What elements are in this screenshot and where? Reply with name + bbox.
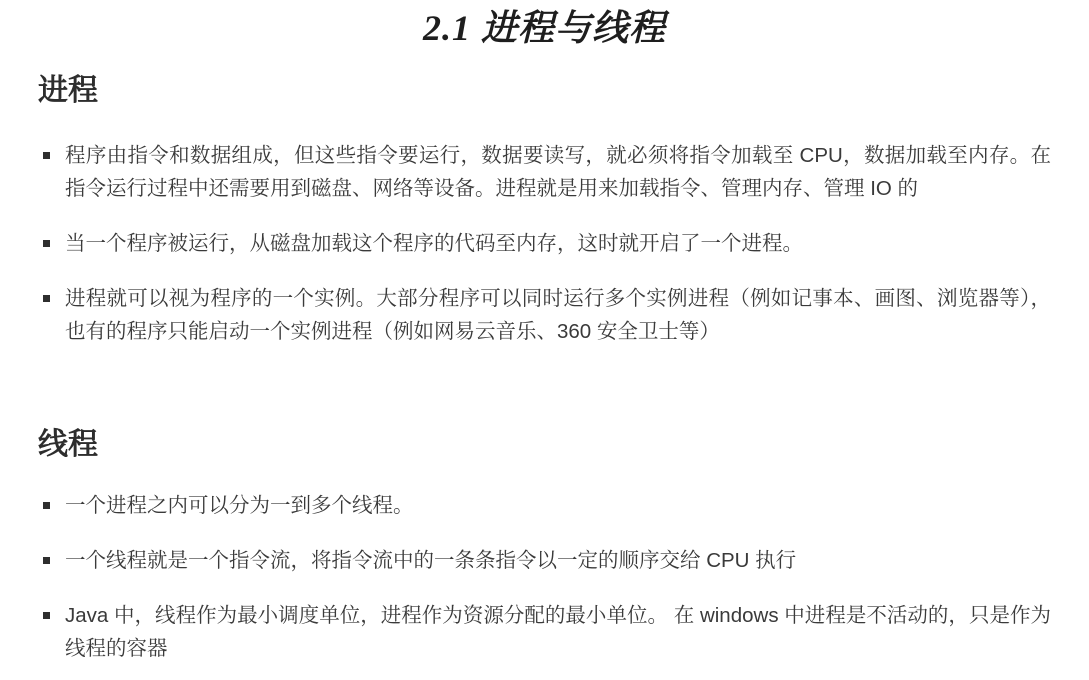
bullet-square-icon (43, 612, 50, 619)
bullet-text: 当一个程序被运行，从磁盘加载这个程序的代码至内存，这时就开启了一个进程。 (65, 227, 1051, 260)
bullet-text: 一个进程之内可以分为一到多个线程。 (65, 489, 1051, 522)
process-bullet-list: 程序由指令和数据组成，但这些指令要运行，数据要读写，就必须将指令加载至 CPU，… (38, 139, 1051, 348)
bullet-text: 一个线程就是一个指令流，将指令流中的一条条指令以一定的顺序交给 CPU 执行 (65, 544, 1051, 577)
bullet-square-icon (43, 295, 50, 302)
page-title: 2.1 进程与线程 (38, 5, 1051, 52)
bullet-text: 进程就可以视为程序的一个实例。大部分程序可以同时运行多个实例进程（例如记事本、画… (65, 282, 1051, 348)
list-item: 程序由指令和数据组成，但这些指令要运行，数据要读写，就必须将指令加载至 CPU，… (38, 139, 1051, 205)
bullet-square-icon (43, 152, 50, 159)
list-item: 当一个程序被运行，从磁盘加载这个程序的代码至内存，这时就开启了一个进程。 (38, 227, 1051, 260)
bullet-text: Java 中，线程作为最小调度单位，进程作为资源分配的最小单位。 在 windo… (65, 599, 1051, 665)
bullet-square-icon (43, 557, 50, 564)
section-thread: 线程 一个进程之内可以分为一到多个线程。 一个线程就是一个指令流，将指令流中的一… (38, 427, 1051, 665)
document-page: 2.1 进程与线程 进程 程序由指令和数据组成，但这些指令要运行，数据要读写，就… (0, 0, 1089, 680)
list-item: Java 中，线程作为最小调度单位，进程作为资源分配的最小单位。 在 windo… (38, 599, 1051, 665)
thread-bullet-list: 一个进程之内可以分为一到多个线程。 一个线程就是一个指令流，将指令流中的一条条指… (38, 489, 1051, 665)
list-item: 一个线程就是一个指令流，将指令流中的一条条指令以一定的顺序交给 CPU 执行 (38, 544, 1051, 577)
section-heading-thread: 线程 (38, 427, 1051, 463)
section-heading-process: 进程 (38, 73, 1051, 109)
list-item: 一个进程之内可以分为一到多个线程。 (38, 489, 1051, 522)
list-item: 进程就可以视为程序的一个实例。大部分程序可以同时运行多个实例进程（例如记事本、画… (38, 282, 1051, 348)
bullet-text: 程序由指令和数据组成，但这些指令要运行，数据要读写，就必须将指令加载至 CPU，… (65, 139, 1051, 205)
bullet-square-icon (43, 502, 50, 509)
bullet-square-icon (43, 240, 50, 247)
section-process: 进程 程序由指令和数据组成，但这些指令要运行，数据要读写，就必须将指令加载至 C… (38, 73, 1051, 348)
